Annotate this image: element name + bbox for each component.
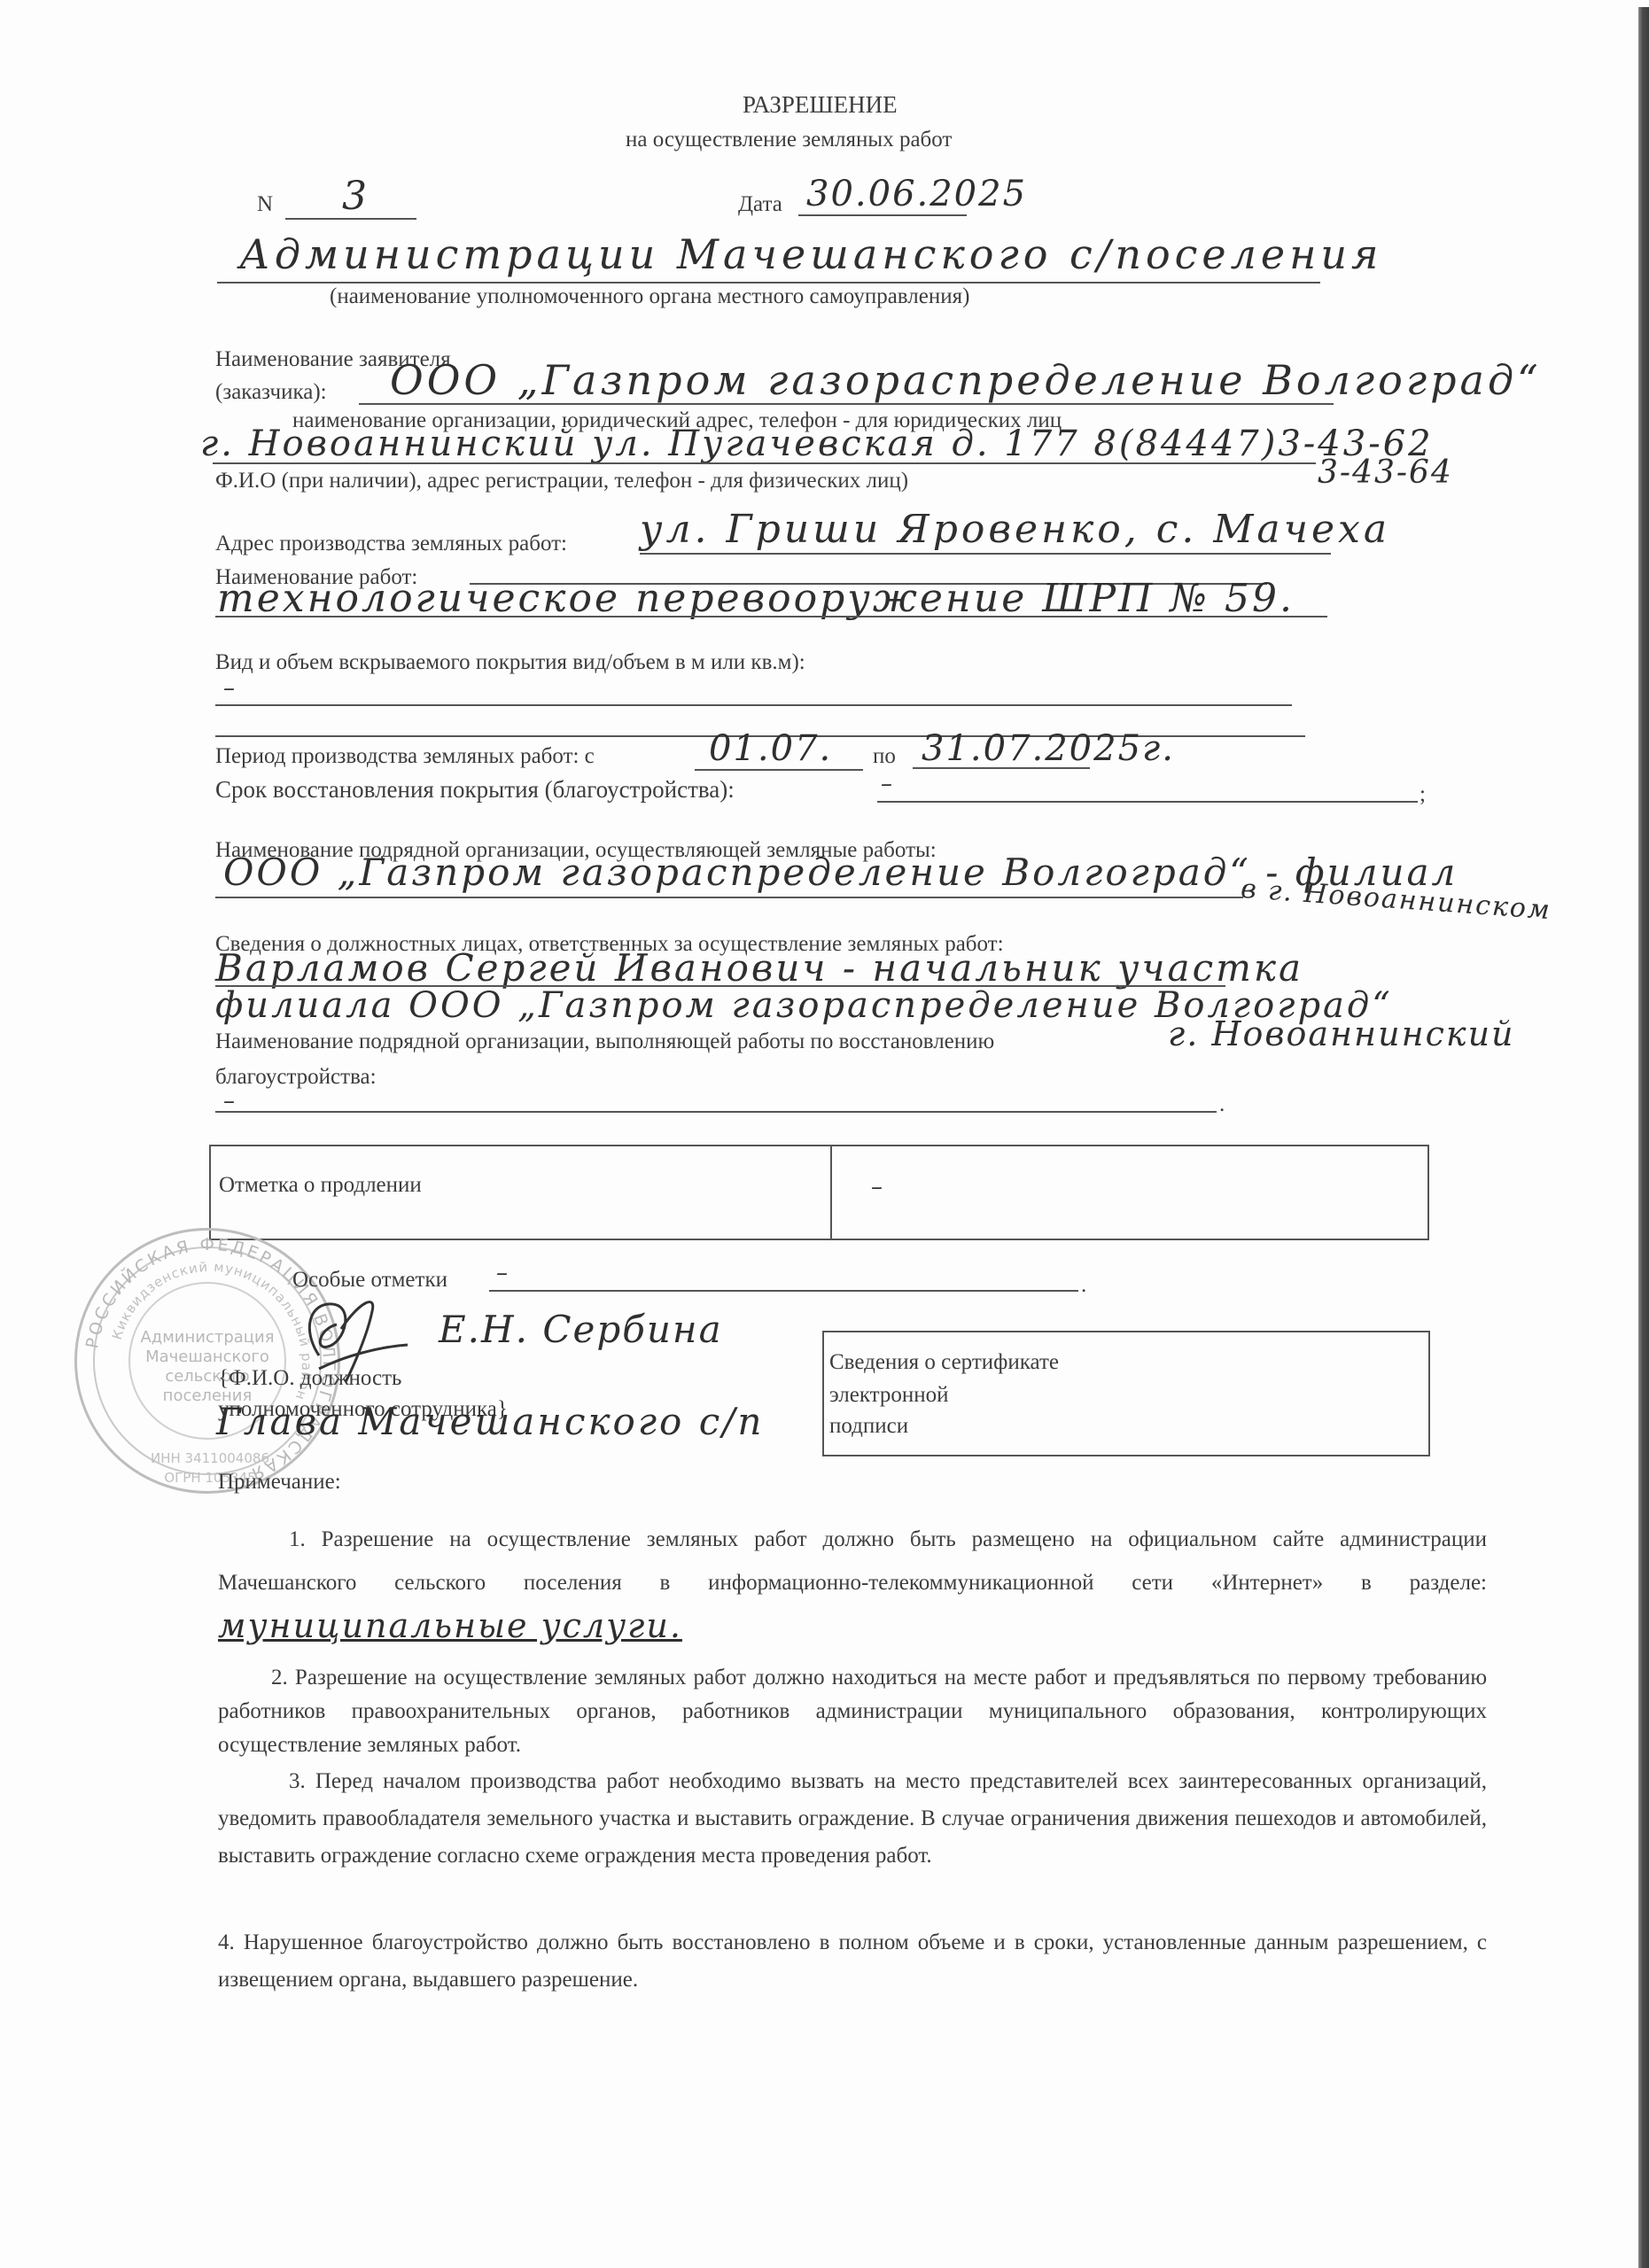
- works-name-underline-2: [215, 616, 1327, 617]
- works-address[interactable]: ул. Гриши Яровенко, с. Мачеха: [640, 507, 1390, 552]
- special-marks-label: Особые отметки: [292, 1269, 447, 1291]
- svg-text:ИНН 3411004086: ИНН 3411004086: [151, 1450, 269, 1466]
- restore-label: Срок восстановления покрытия (благоустро…: [215, 778, 735, 802]
- note-4: 4. Нарушенное благоустройство должно быт…: [218, 1924, 1487, 1999]
- special-marks-underline: [489, 1290, 1078, 1292]
- authority-caption: (наименование уполномоченного органа мес…: [330, 285, 969, 307]
- works-address-underline: [640, 553, 1331, 555]
- note-2: 2. Разрешение на осуществление земляных …: [218, 1661, 1487, 1762]
- works-address-label: Адрес производства земляных работ:: [215, 532, 567, 555]
- number-label: N: [257, 193, 273, 215]
- restore-value[interactable]: –: [881, 771, 894, 797]
- contractor-underline: [215, 897, 1243, 898]
- document-title: РАЗРЕШЕНИЕ: [743, 93, 898, 117]
- note-1: 1. Разрешение на осуществление земляных …: [218, 1518, 1487, 1652]
- applicant-address[interactable]: г. Новоаннинский ул. Пугачевская д. 177 …: [200, 423, 1434, 464]
- period-to-underline: [913, 767, 1090, 769]
- signer-caption-1: {Ф.И.О. должность: [218, 1367, 401, 1389]
- period-from-underline: [695, 769, 863, 771]
- authority-name[interactable]: Администрации Мачешанского с/поселения: [239, 230, 1383, 278]
- note-1-section[interactable]: муниципальные услуги.: [218, 1606, 682, 1645]
- period-from[interactable]: 01.07.: [709, 728, 832, 769]
- restoration-end: .: [1219, 1093, 1225, 1115]
- coverage-underline-1: [215, 704, 1292, 706]
- restore-underline: [877, 801, 1418, 803]
- special-marks-value[interactable]: –: [496, 1260, 509, 1286]
- date-label: Дата: [738, 193, 782, 215]
- certificate-line-2: электронной: [829, 1384, 949, 1406]
- restoration-underline: [215, 1111, 1217, 1113]
- responsible-person[interactable]: Варламов Сергей Иванович - начальник уча…: [215, 946, 1303, 990]
- applicant-caption-individual: Ф.И.О (при наличии), адрес регистрации, …: [215, 470, 908, 492]
- applicant-address-underline: [213, 462, 1316, 464]
- extension-table-divider: [830, 1145, 832, 1240]
- permit-number[interactable]: 3: [342, 174, 369, 219]
- period-to-label: по: [873, 745, 896, 767]
- special-marks-end: .: [1081, 1274, 1086, 1296]
- extension-value[interactable]: –: [871, 1174, 884, 1200]
- applicant-label-2: (заказчика):: [215, 381, 327, 403]
- note-3: 3. Перед началом производства работ необ…: [218, 1763, 1487, 1875]
- restoration-label-2: благоустройства:: [215, 1066, 377, 1088]
- restore-end: ;: [1420, 783, 1426, 805]
- coverage-label: Вид и объем вскрываемого покрытия вид/об…: [215, 651, 805, 673]
- extension-label: Отметка о продлении: [219, 1174, 422, 1196]
- scan-edge-shadow: [1638, 7, 1649, 2268]
- notes-heading: Примечание:: [218, 1471, 341, 1493]
- date-underline: [798, 214, 967, 216]
- restoration-city[interactable]: г. Новоаннинский: [1168, 1014, 1515, 1053]
- restoration-label: Наименование подрядной организации, выпо…: [215, 1030, 994, 1052]
- period-to[interactable]: 31.07.2025г.: [922, 728, 1175, 769]
- works-name[interactable]: технологическое перевооружение ШРП № 59.: [217, 576, 1295, 621]
- document-subtitle: на осуществление земляных работ: [626, 128, 952, 151]
- period-label: Период производства земляных работ: с: [215, 745, 595, 767]
- applicant-phone-2[interactable]: 3-43-64: [1318, 454, 1453, 491]
- permit-date[interactable]: 30.06.2025: [806, 174, 1027, 214]
- coverage-value[interactable]: –: [223, 675, 237, 702]
- applicant-name[interactable]: ООО „Газпром газораспределение Волгоград…: [390, 356, 1542, 404]
- certificate-line-3: подписи: [829, 1415, 908, 1437]
- signer-position[interactable]: Глава Мачешанского с/п: [216, 1400, 764, 1443]
- certificate-line-1: Сведения о сертификате: [829, 1351, 1059, 1373]
- signer-name[interactable]: Е.Н. Сербина: [439, 1308, 723, 1351]
- authority-underline: [217, 282, 1320, 283]
